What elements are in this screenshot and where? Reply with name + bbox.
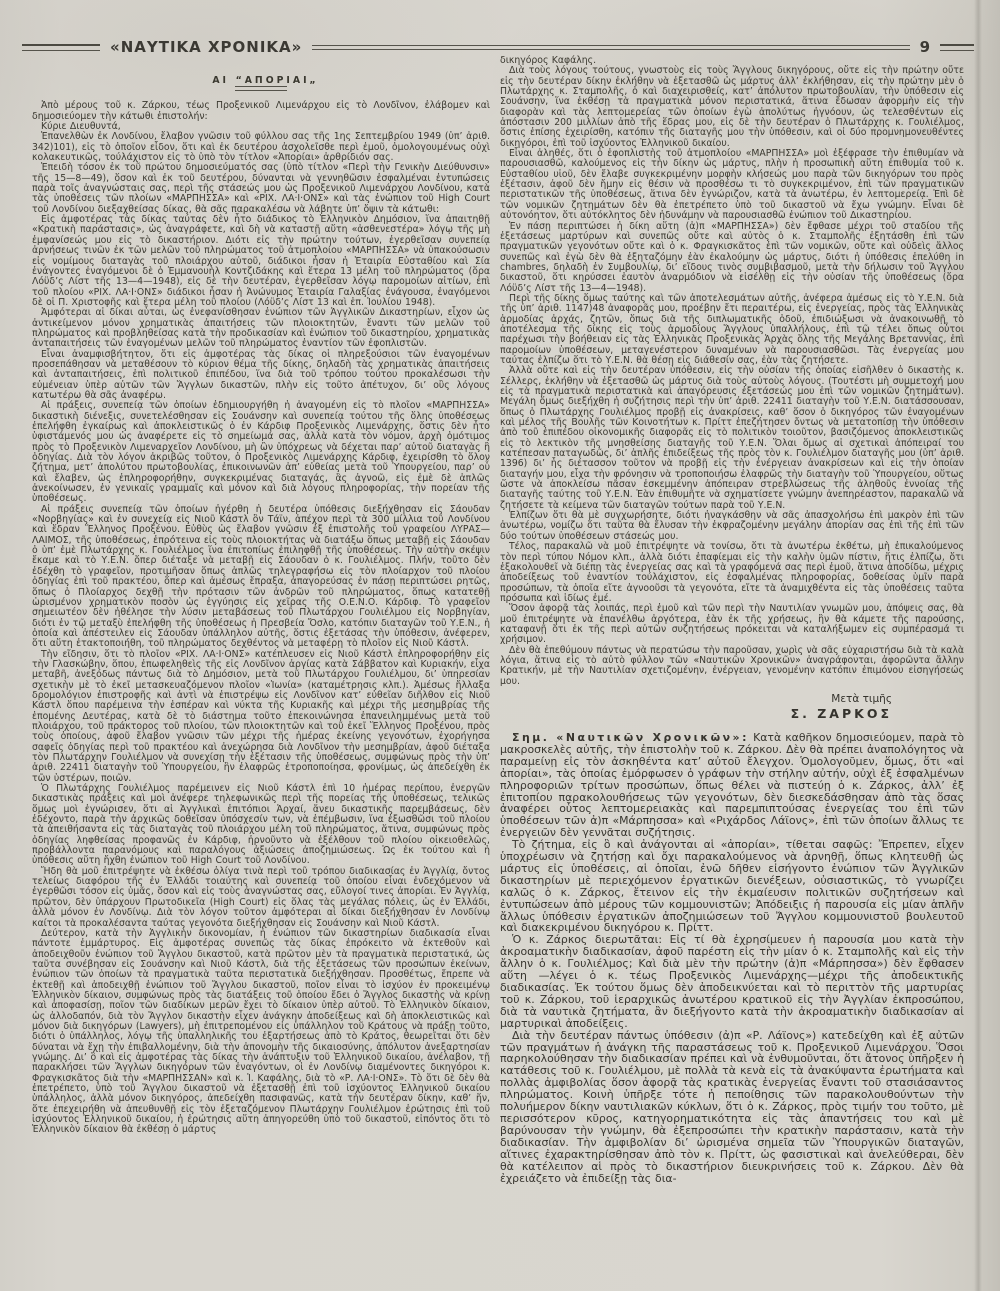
- masthead-rule-left: [22, 44, 100, 51]
- masthead-rule-main: [312, 45, 909, 50]
- column-right: δικηγόρος Καφάλης. Διὰ τοὺς λόγους τούτο…: [500, 56, 964, 1184]
- letter-paragraph: Εἰς ἀμφοτέρας τὰς δίκας ταύτας δὲν ἦτο δ…: [32, 215, 490, 308]
- signature: Σ. ΖΑΡΚΟΣ: [500, 706, 892, 722]
- letter-paragraph: Ὅσον ἀφορᾷ τὰς λοιπάς, περὶ ἐμοῦ καὶ τῶν…: [500, 604, 964, 645]
- page-number: 9: [920, 38, 930, 56]
- letter-paragraph: Ἀλλὰ οὔτε καὶ εἰς τὴν δευτέραν ὑπόθεσιν,…: [500, 366, 964, 511]
- valediction: Μετὰ τιμῆς: [500, 693, 892, 706]
- letter-paragraph: Περὶ τῆς δίκης ὅμως ταύτης καὶ τῶν ἀποτε…: [500, 294, 964, 366]
- page-fold-shadow: [974, 0, 982, 1291]
- masthead-rule-right: [940, 44, 974, 51]
- letter-paragraph: Αἱ πράξεις, συνεπείᾳ τῶν ὁποίων ἐδημιουρ…: [32, 401, 490, 504]
- letter-paragraph: Ἐλπίζων ὅτι θὰ μὲ συγχωρήσητε, διότι ἠνα…: [500, 511, 964, 542]
- masthead-row: «ΝΑΥΤΙΚΑ ΧΡΟΝΙΚΑ» 9: [22, 38, 974, 56]
- note-paragraph: Διὰ τὴν δευτέραν πάντως ὑπόθεσιν (ἀ)π «Ρ…: [500, 1030, 964, 1185]
- letter-paragraph: Ὁ Πλωτάρχης Γουλιέλμος παρέμεινεν εἰς Νι…: [32, 784, 490, 867]
- letter-paragraph: Ἐπειδὴ τόσον ἐκ τοῦ πρώτου δημοσιεύματός…: [32, 163, 490, 215]
- masthead-title: «ΝΑΥΤΙΚΑ ΧΡΟΝΙΚΑ»: [110, 38, 302, 56]
- letter-paragraph: Αἱ πράξεις συνεπείᾳ τῶν ὁποίων ἠγέρθη ἡ …: [32, 505, 490, 650]
- letter-paragraph: Τὴν εἴδησιν, ὅτι τὸ πλοῖον «ΡΙΧ. ΛΑ·Ι·ΟΝ…: [32, 650, 490, 784]
- column-left: ΑΙ “ΑΠΟΡΙΑΙ„ Ἀπὸ μέρους τοῦ κ. Ζάρκου, τ…: [32, 76, 490, 1136]
- letter-paragraph: Ἀμφότεραι αἱ δίκαι αὗται, ὡς ἐνεφανίσθησ…: [32, 308, 490, 349]
- letter-paragraph: Δὲν θὰ ἐπεθύμουν πάντως νὰ περατώσω τὴν …: [500, 646, 964, 687]
- letter-paragraph: Διὰ τοὺς λόγους τούτους, γνωστοὺς εἰς το…: [500, 66, 964, 149]
- editor-note: Σημ. «Ναυτικῶν Χρονικῶν»: Κατὰ καθῆκον δ…: [500, 732, 964, 1184]
- letter-paragraph: Τέλος, παρακαλῶ νὰ μοῦ ἐπιτρέψητε νὰ τον…: [500, 542, 964, 604]
- letter-paragraph: Εἶναι ἀναμφισβήτητον, ὅτι εἰς ἀμφοτέρας …: [32, 350, 490, 402]
- newspaper-page: «ΝΑΥΤΙΚΑ ΧΡΟΝΙΚΑ» 9 ΑΙ “ΑΠΟΡΙΑΙ„ Ἀπὸ μέρ…: [0, 0, 1000, 1291]
- letter-paragraph: Ἐν πάσῃ περιπτώσει ἡ δίκη αὕτη (ἀ)π «ΜΑΡ…: [500, 222, 964, 294]
- note-paragraph: Σημ. «Ναυτικῶν Χρονικῶν»: Κατὰ καθῆκον δ…: [500, 732, 964, 839]
- note-paragraph: Ὁ κ. Ζάρκος διερωτᾶται: Εἰς τί θὰ ἐχρησί…: [500, 934, 964, 1029]
- letter-paragraph: Ἐπανελθὼν ἐκ Λονδίνου, ἔλαβον γνῶσιν τοῦ…: [32, 132, 490, 163]
- note-paragraph: Τὸ ζήτημα, εἰς ὃ καὶ ἀνάγονται αἱ «ἀπορί…: [500, 839, 964, 934]
- article-intro: Ἀπὸ μέρους τοῦ κ. Ζάρκου, τέως Προξενικο…: [32, 101, 490, 122]
- letter-closing: Μετὰ τιμῆς Σ. ΖΑΡΚΟΣ: [500, 693, 964, 722]
- letter-paragraph: Εἶναι ἀληθές, ὅτι ὁ ἐφοπλιστὴς τοῦ ἀτμοπ…: [500, 149, 964, 221]
- letter-paragraph: Δεύτερον, κατὰ τὴν Ἀγγλικὴν δικονομίαν, …: [32, 929, 490, 1136]
- note-text: Κατὰ καθῆκον δημοσιεύομεν, παρὰ τὸ μακρο…: [500, 731, 964, 839]
- title-underline: [235, 86, 287, 91]
- letter-paragraph: Ἤδη θὰ μοῦ ἐπιτρέψητε νὰ ἐκθέσω ὀλίγα τι…: [32, 867, 490, 929]
- article-title: ΑΙ “ΑΠΟΡΙΑΙ„: [32, 76, 490, 86]
